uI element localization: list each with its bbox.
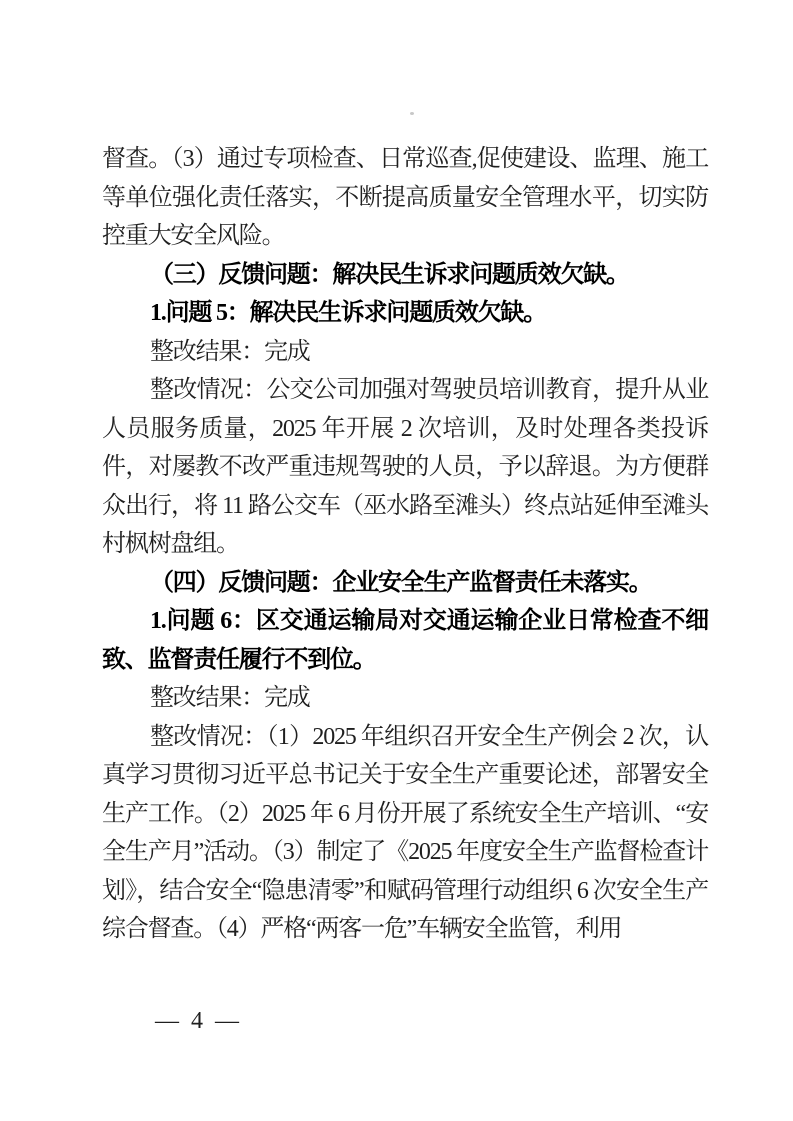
- problem-5-result: 整改结果：完成: [102, 333, 708, 372]
- problem-6-details: 整改情况：（1）2025 年组织召开安全生产例会 2 次，认真学习贯彻习近平总书…: [102, 718, 708, 949]
- document-page: 督查。（3）通过专项检查、日常巡查,促使建设、监理、施工等单位强化责任落实，不断…: [0, 0, 793, 1121]
- section-heading-4: （四）反馈问题：企业安全生产监督责任未落实。: [102, 564, 708, 603]
- section-heading-3: （三）反馈问题：解决民生诉求问题质效欠缺。: [102, 256, 708, 295]
- scan-artifact-dot: [410, 112, 414, 115]
- problem-5-heading: 1.问题 5：解决民生诉求问题质效欠缺。: [102, 294, 708, 333]
- problem-6-result: 整改结果：完成: [102, 679, 708, 718]
- document-body: 督查。（3）通过专项检查、日常巡查,促使建设、监理、施工等单位强化责任落实，不断…: [102, 140, 708, 949]
- problem-5-details: 整改情况：公交公司加强对驾驶员培训教育，提升从业人员服务质量，2025 年开展 …: [102, 371, 708, 564]
- problem-6-heading: 1.问题 6：区交通运输局对交通运输企业日常检查不细致、监督责任履行不到位。: [102, 602, 708, 679]
- page-number: — 4 —: [155, 1008, 242, 1035]
- paragraph-continuation: 督查。（3）通过专项检查、日常巡查,促使建设、监理、施工等单位强化责任落实，不断…: [102, 140, 708, 256]
